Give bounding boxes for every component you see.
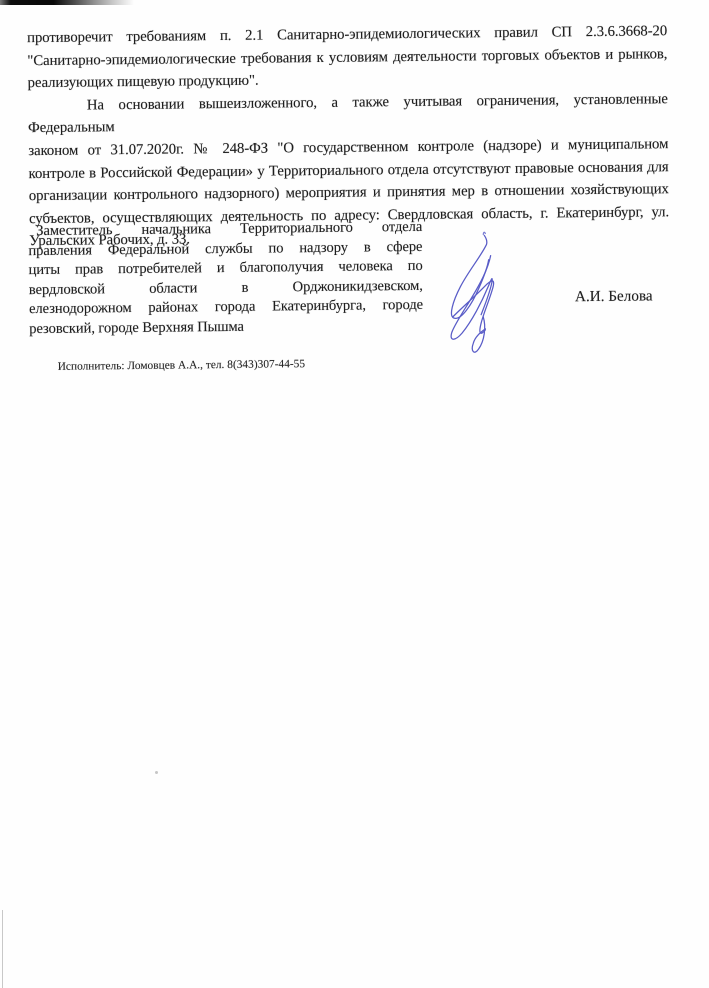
document-content: противоречит требованиям п. 2.1 Санитарн… (0, 0, 709, 988)
text-line: На основании вышеизложенного, а также уч… (28, 88, 668, 140)
signatory-name: А.И. Белова (575, 287, 653, 306)
executor-contact-line: Исполнитель: Ломовцев А.А., тел. 8(343)3… (58, 358, 306, 373)
signature-stroke-group (450, 232, 494, 352)
scan-left-edge-artifact (2, 910, 3, 988)
signatory-position-block: Заместитель начальника Территориального … (28, 218, 423, 340)
position-line: резовский, городе Верхняя Пышма (29, 316, 423, 340)
paragraph-sanitary-rules: противоречит требованиям п. 2.1 Санитарн… (27, 20, 668, 95)
scanned-document-page: противоречит требованиям п. 2.1 Санитарн… (0, 0, 709, 988)
signature-ink-icon (429, 219, 532, 354)
